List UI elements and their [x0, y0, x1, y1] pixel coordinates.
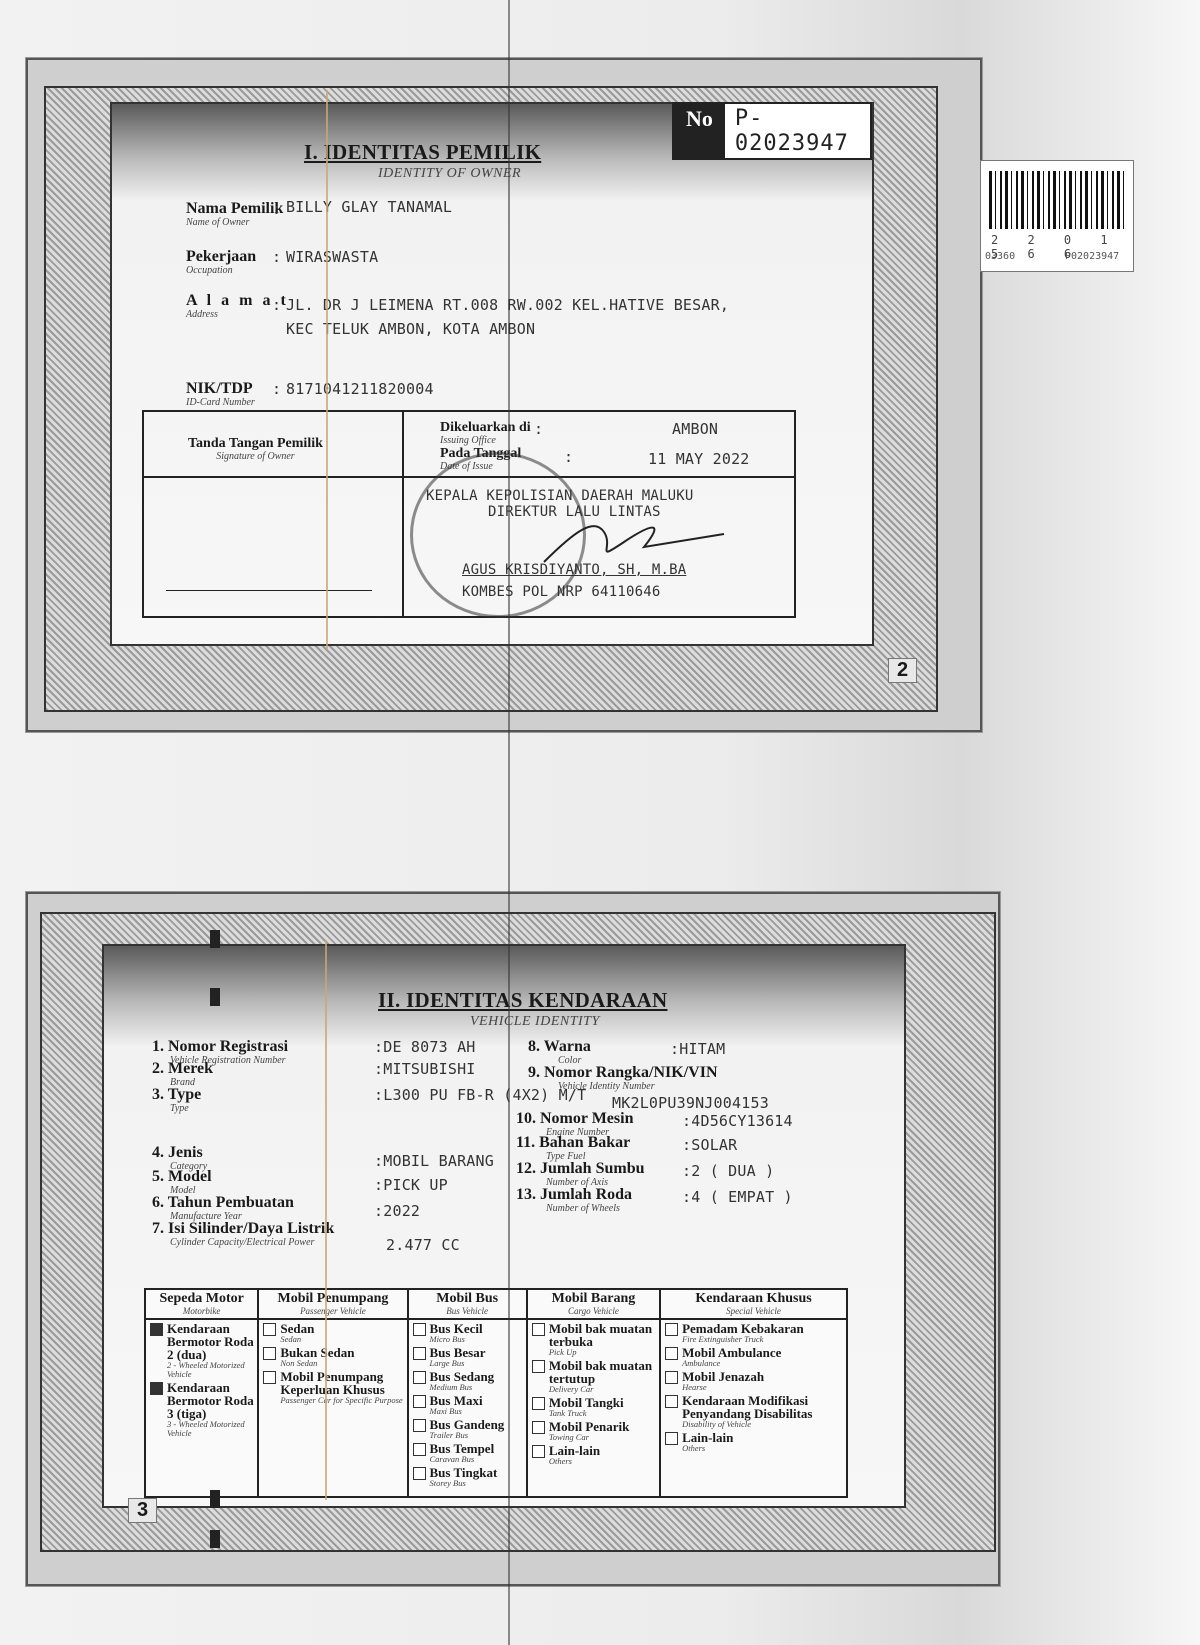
barcode-right-code: P02023947 [1065, 251, 1119, 262]
category-column: Mobil PenumpangPassenger VehicleSedanSed… [259, 1290, 408, 1496]
address-line-2: KEC TELUK AMBON, KOTA AMBON [286, 320, 535, 338]
checkbox-icon[interactable] [413, 1323, 426, 1336]
scan-streak [325, 940, 327, 1500]
colon: : [564, 448, 573, 466]
vehicle-field-value: :HITAM [670, 1040, 725, 1058]
category-option[interactable]: Kendaraan Bermotor Roda 3 (tiga)3 - Whee… [146, 1379, 257, 1438]
vehicle-field-value: :2022 [374, 1202, 420, 1220]
owner-name-value: BILLY GLAY TANAMAL [286, 198, 452, 216]
vehicle-field-value: :DE 8073 AH [374, 1038, 476, 1056]
section-subtitle: VEHICLE IDENTITY [470, 1014, 600, 1030]
section-title: II. IDENTITAS KENDARAAN [378, 988, 667, 1013]
checkbox-icon[interactable] [665, 1395, 678, 1408]
category-header: Mobil PenumpangPassenger Vehicle [259, 1290, 406, 1320]
checkbox-icon[interactable] [532, 1421, 545, 1434]
margin-mark [210, 930, 220, 948]
vehicle-field-label: 5. ModelModel [152, 1168, 212, 1196]
colon: : [272, 200, 281, 218]
category-option[interactable]: Lain-lainOthers [528, 1442, 659, 1466]
category-option[interactable]: Mobil Penumpang Keperluan KhususPassenge… [259, 1368, 406, 1405]
vehicle-field-value: :PICK UP [374, 1176, 448, 1194]
checkbox-icon[interactable] [532, 1445, 545, 1458]
signature-issue-table: Tanda Tangan PemilikSignature of Owner D… [142, 410, 796, 618]
occupation-value: WIRASWASTA [286, 248, 378, 266]
category-header: Kendaraan KhususSpecial Vehicle [661, 1290, 846, 1320]
checkbox-icon[interactable] [665, 1432, 678, 1445]
section-title: I. IDENTITAS PEMILIK [304, 140, 541, 165]
checkbox-icon[interactable] [263, 1371, 276, 1384]
owner-signature-line [166, 590, 372, 591]
category-column: Mobil BarangCargo VehicleMobil bak muata… [528, 1290, 661, 1496]
scan-streak [326, 90, 328, 650]
checkbox-icon[interactable] [665, 1371, 678, 1384]
barcode-sticker: 2 2 0 1 5 6 6 03360 P02023947 [980, 160, 1134, 272]
checkbox-icon[interactable] [263, 1323, 276, 1336]
divider [402, 412, 404, 616]
vehicle-category-table: Sepeda MotorMotorbikeKendaraan Bermotor … [144, 1288, 848, 1498]
margin-mark [210, 988, 220, 1006]
checkbox-icon[interactable] [263, 1347, 276, 1360]
vehicle-identity-panel: II. IDENTITAS KENDARAAN VEHICLE IDENTITY… [102, 944, 906, 1508]
section-subtitle: IDENTITY OF OWNER [378, 166, 521, 182]
category-option[interactable]: Mobil bak muatan terbukaPick Up [528, 1320, 659, 1357]
category-option[interactable]: Mobil bak muatan tertutupDelivery Car [528, 1357, 659, 1394]
vehicle-field-value: :MOBIL BARANG [374, 1152, 494, 1170]
vehicle-field-label: 2. MerekBrand [152, 1060, 213, 1088]
checkbox-icon[interactable] [665, 1323, 678, 1336]
vin-value: MK2L0PU39NJ004153 [612, 1094, 769, 1112]
page-number: 3 [128, 1498, 157, 1523]
margin-mark [210, 1490, 220, 1508]
owner-identity-panel: No P-02023947 I. IDENTITAS PEMILIK IDENT… [110, 102, 874, 646]
owner-signature-label: Tanda Tangan PemilikSignature of Owner [188, 436, 323, 462]
serial-number: P-02023947 [725, 104, 870, 158]
vehicle-field-value: :SOLAR [682, 1136, 737, 1154]
owner-name-label: Nama PemilikName of Owner [186, 200, 283, 228]
vehicle-field-label: 13. Jumlah RodaNumber of Wheels [516, 1186, 632, 1214]
checkbox-icon[interactable] [413, 1443, 426, 1456]
vehicle-field-label: 6. Tahun PembuatanManufacture Year [152, 1194, 294, 1222]
checkbox-icon[interactable] [532, 1360, 545, 1373]
issue-date-value: 11 MAY 2022 [648, 450, 750, 468]
page-number: 2 [888, 658, 917, 683]
checkbox-icon[interactable] [413, 1467, 426, 1480]
margin-mark [210, 1530, 220, 1548]
category-column: Sepeda MotorMotorbikeKendaraan Bermotor … [146, 1290, 259, 1496]
category-column: Kendaraan KhususSpecial VehiclePemadam K… [661, 1290, 846, 1496]
checkbox-icon[interactable] [413, 1347, 426, 1360]
checkbox-icon[interactable] [413, 1371, 426, 1384]
vehicle-field-label: 12. Jumlah SumbuNumber of Axis [516, 1160, 645, 1188]
category-option[interactable]: Kendaraan Bermotor Roda 2 (dua)2 - Wheel… [146, 1320, 257, 1379]
scan-streak [508, 0, 510, 1645]
occupation-label: PekerjaanOccupation [186, 248, 256, 276]
category-option[interactable]: Pemadam KebakaranFire Extinguisher Truck [661, 1320, 846, 1344]
issuing-office-value: AMBON [672, 420, 718, 438]
checkbox-icon[interactable] [532, 1323, 545, 1336]
colon: : [534, 420, 543, 438]
vehicle-field-label: 9. Nomor Rangka/NIK/VINVehicle Identity … [528, 1064, 718, 1092]
category-header: Sepeda MotorMotorbike [146, 1290, 257, 1320]
category-option[interactable]: Lain-lainOthers [661, 1429, 846, 1453]
vehicle-field-value: :2 ( DUA ) [682, 1162, 774, 1180]
checkbox-icon[interactable] [532, 1397, 545, 1410]
vehicle-field-value: :4 ( EMPAT ) [682, 1188, 793, 1206]
official-rank: KOMBES POL NRP 64110646 [462, 584, 660, 600]
vehicle-field-label: 7. Isi Silinder/Daya ListrikCylinder Cap… [152, 1220, 334, 1248]
category-option[interactable]: Bukan SedanNon Sedan [259, 1344, 406, 1368]
category-option[interactable]: Kendaraan Modifikasi Penyandang Disabili… [661, 1392, 846, 1429]
category-option[interactable]: Mobil TangkiTank Truck [528, 1394, 659, 1418]
colon: : [272, 380, 281, 398]
vehicle-field-label: 11. Bahan BakarType Fuel [516, 1134, 630, 1162]
checkbox-icon[interactable] [413, 1395, 426, 1408]
checkbox-icon[interactable] [150, 1382, 163, 1395]
vehicle-field-value: 2.477 CC [386, 1236, 460, 1254]
category-option[interactable]: Mobil AmbulanceAmbulance [661, 1344, 846, 1368]
checkbox-icon[interactable] [150, 1323, 163, 1336]
colon: : [272, 296, 281, 314]
issuing-office-label: Dikeluarkan diIssuing Office [440, 420, 531, 446]
serial-label: No [674, 104, 725, 158]
barcode-left-code: 03360 [985, 251, 1015, 262]
colon: : [272, 248, 281, 266]
serial-number-box: No P-02023947 [672, 102, 872, 160]
authority-line-1: KEPALA KEPOLISIAN DAERAH MALUKU [426, 488, 694, 504]
vehicle-field-value: :MITSUBISHI [374, 1060, 476, 1078]
vehicle-field-label: 8. WarnaColor [528, 1038, 591, 1066]
category-option[interactable]: Mobil PenarikTowing Car [528, 1418, 659, 1442]
nik-label: NIK/TDPID-Card Number [186, 380, 255, 408]
category-option[interactable]: Mobil JenazahHearse [661, 1368, 846, 1392]
vehicle-field-value: :4D56CY13614 [682, 1112, 793, 1130]
checkbox-icon[interactable] [665, 1347, 678, 1360]
category-header: Mobil BarangCargo Vehicle [528, 1290, 659, 1320]
barcode-icon [989, 171, 1127, 229]
vehicle-identity-card: II. IDENTITAS KENDARAAN VEHICLE IDENTITY… [40, 912, 996, 1552]
category-option[interactable]: SedanSedan [259, 1320, 406, 1344]
checkbox-icon[interactable] [413, 1419, 426, 1432]
owner-identity-card: No P-02023947 I. IDENTITAS PEMILIK IDENT… [44, 86, 938, 712]
official-name: AGUS KRISDIYANTO, SH, M.BA [462, 562, 686, 578]
nik-value: 8171041211820004 [286, 380, 434, 398]
vehicle-field-label: 3. TypeType [152, 1086, 201, 1114]
